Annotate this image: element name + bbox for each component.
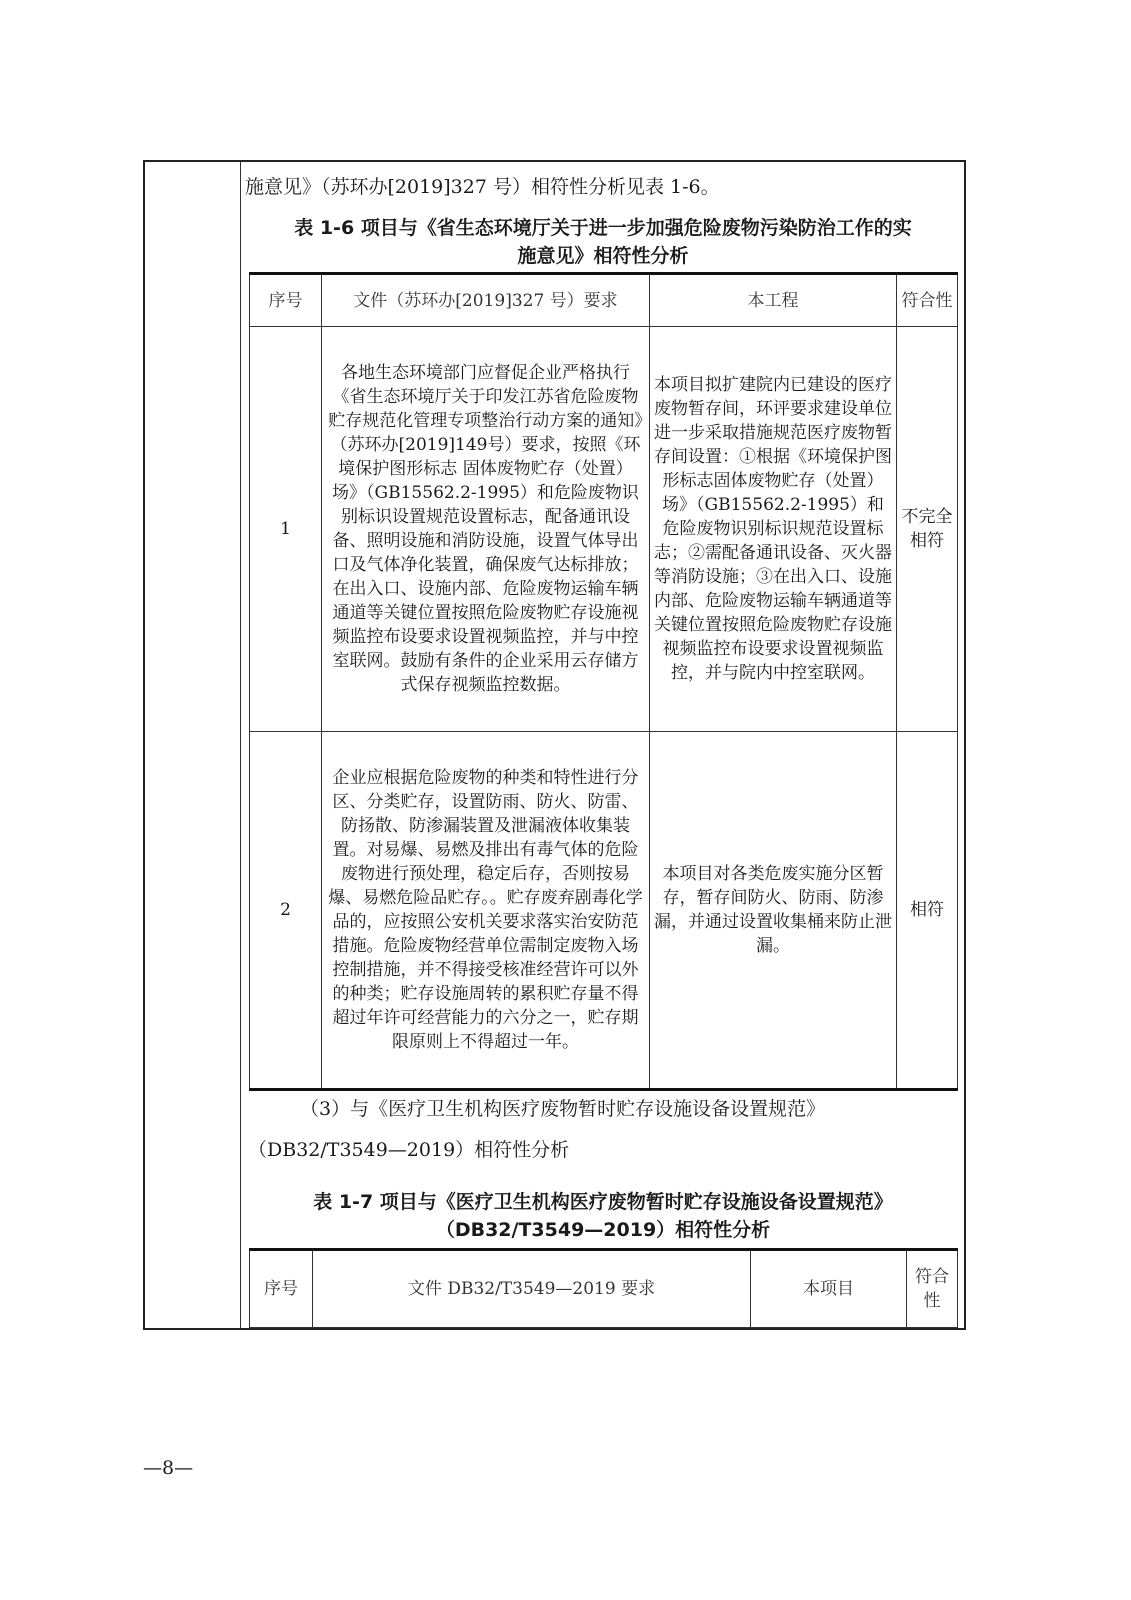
left-column [145, 162, 241, 1328]
row-project: 本项目对各类危废实施分区暂存，暂存间防火、防雨、防渗漏，并通过设置收集桶来防止泄… [650, 732, 897, 1090]
header-compliance: 符合性 [907, 1250, 958, 1328]
table-1-7-caption: 表 1-7 项目与《医疗卫生机构医疗废物暂时贮存设施设备设置规范》 （DB32/… [245, 1188, 961, 1244]
caption-line: 表 1-6 项目与《省生态环境厅关于进一步加强危险废物污染防治工作的实 [245, 214, 961, 242]
page-number: —8— [143, 1456, 193, 1480]
row-no: 1 [250, 327, 322, 732]
table-row: 1 各地生态环境部门应督促企业严格执行《省生态环境厅关于印发江苏省危险废物贮存规… [250, 327, 958, 732]
header-no: 序号 [250, 274, 322, 327]
table-1-6: 序号 文件（苏环办[2019]327 号）要求 本工程 符合性 1 各地生态环境… [249, 272, 958, 1091]
caption-line: 施意见》相符性分析 [245, 242, 961, 270]
row-compliance: 不完全相符 [897, 327, 958, 732]
intro-paragraph: 施意见》（苏环办[2019]327 号）相符性分析见表 1-6。 [245, 172, 720, 202]
table-1-7: 序号 文件 DB32/T3549—2019 要求 本项目 符合性 [249, 1248, 958, 1328]
row-no: 2 [250, 732, 322, 1090]
section-3-heading-line2: （DB32/T3549—2019）相符性分析 [248, 1134, 569, 1166]
header-project: 本工程 [650, 274, 897, 327]
row-compliance: 相符 [897, 732, 958, 1090]
header-compliance: 符合性 [897, 274, 958, 327]
header-no: 序号 [250, 1250, 313, 1328]
table-header-row: 序号 文件 DB32/T3549—2019 要求 本项目 符合性 [250, 1250, 958, 1328]
row-project: 本项目拟扩建院内已建设的医疗废物暂存间，环评要求建设单位进一步采取措施规范医疗废… [650, 327, 897, 732]
caption-line: （DB32/T3549—2019）相符性分析 [245, 1216, 961, 1244]
header-requirement: 文件 DB32/T3549—2019 要求 [313, 1250, 751, 1328]
header-project: 本项目 [751, 1250, 907, 1328]
header-requirement: 文件（苏环办[2019]327 号）要求 [322, 274, 650, 327]
section-3-heading-line1: （3）与《医疗卫生机构医疗废物暂时贮存设施设备设置规范》 [300, 1093, 825, 1125]
row-requirement: 企业应根据危险废物的种类和特性进行分区、分类贮存，设置防雨、防火、防雷、防扬散、… [322, 732, 650, 1090]
row-requirement: 各地生态环境部门应督促企业严格执行《省生态环境厅关于印发江苏省危险废物贮存规范化… [322, 327, 650, 732]
caption-line: 表 1-7 项目与《医疗卫生机构医疗废物暂时贮存设施设备设置规范》 [245, 1188, 961, 1216]
table-1-6-caption: 表 1-6 项目与《省生态环境厅关于进一步加强危险废物污染防治工作的实 施意见》… [245, 214, 961, 270]
table-header-row: 序号 文件（苏环办[2019]327 号）要求 本工程 符合性 [250, 274, 958, 327]
table-row: 2 企业应根据危险废物的种类和特性进行分区、分类贮存，设置防雨、防火、防雷、防扬… [250, 732, 958, 1090]
